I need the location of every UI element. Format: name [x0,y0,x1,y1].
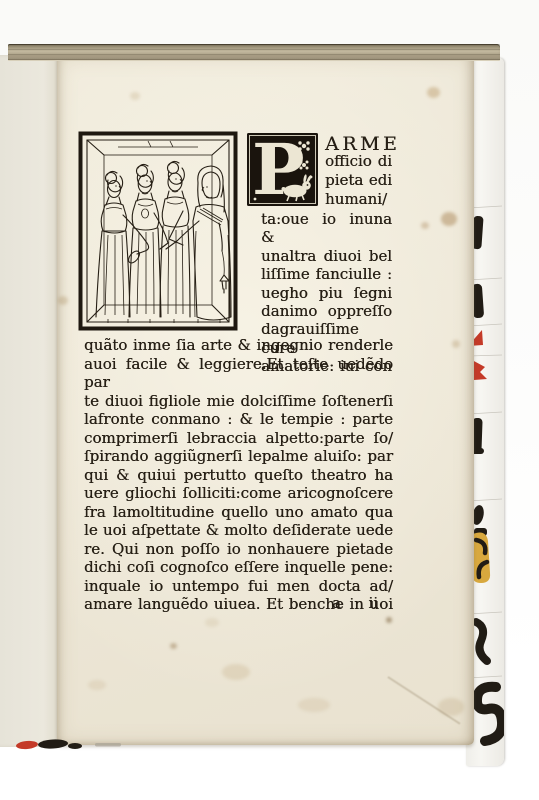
text-line: pieta edi [325,171,392,190]
text-line: ta:oue io inuna & [261,210,392,247]
signature-mark: a ii [332,594,378,612]
text-line: danimo oppreſſo [261,302,392,320]
text-line: re. Qui non poſſo io nonhauere pietade [84,540,393,559]
text-line: officio di [325,152,392,171]
text-line: le uoi aſpettate & molto deſiderate uede [84,521,393,540]
text-line: uere gliochi ſolliciti:come aricognoſcer… [84,484,393,503]
dropcap-side-lines: officio di pieta edi humani/ [325,152,392,209]
text-line: uegho piu ſegni [261,284,392,302]
text-line: qui & quiui pertutto queſto theatro ha [84,466,393,485]
text-line: humani/ [325,190,392,209]
text-line: lafronte conmano : & le tempie : parte [84,410,393,429]
page-edges-grain [8,44,500,60]
book-page: P ARME officio di pieta ed [57,56,474,745]
text-line: fra lamoltitudine quello uno amato qua [84,503,393,522]
four-women-woodcut [78,131,238,331]
text-line: unaltra diuoi bel [261,247,392,265]
bottom-leaf-fragments [15,737,145,753]
text-line: comprimerſi lebraccia alpetto:parte ſo/ [84,429,393,448]
text-line: liſſime fanciulle : [261,265,392,283]
decorated-initial-block: P [247,133,318,206]
text-line: quãto inme ſia arte & ingegnio renderle [84,336,393,355]
text-line: te diuoi figliole mie dolciſſime ſoſtene… [84,392,393,411]
underlying-leaf-edge [0,55,62,747]
young-woman-3 [160,161,190,317]
signature-leaf: ii [368,594,378,612]
photo-of-incunable-page: P ARME officio di pieta ed [0,0,539,800]
text-line: dichi coſi cognoſco eſſere inquelle pene… [84,558,393,577]
main-text-block: quãto inme ſia arte & ingegnio renderle … [84,336,393,614]
text-line: auoi facile & leggiere.Et teſte uedẽdo p… [84,355,393,392]
signature-gathering: a [332,594,341,612]
text-line: ſpirando aggiũgnerſi lepalme aluiſo: par [84,447,393,466]
book-top-edge [8,44,500,61]
text-line: inquale io untempo fui men docta ad/ [84,577,393,596]
